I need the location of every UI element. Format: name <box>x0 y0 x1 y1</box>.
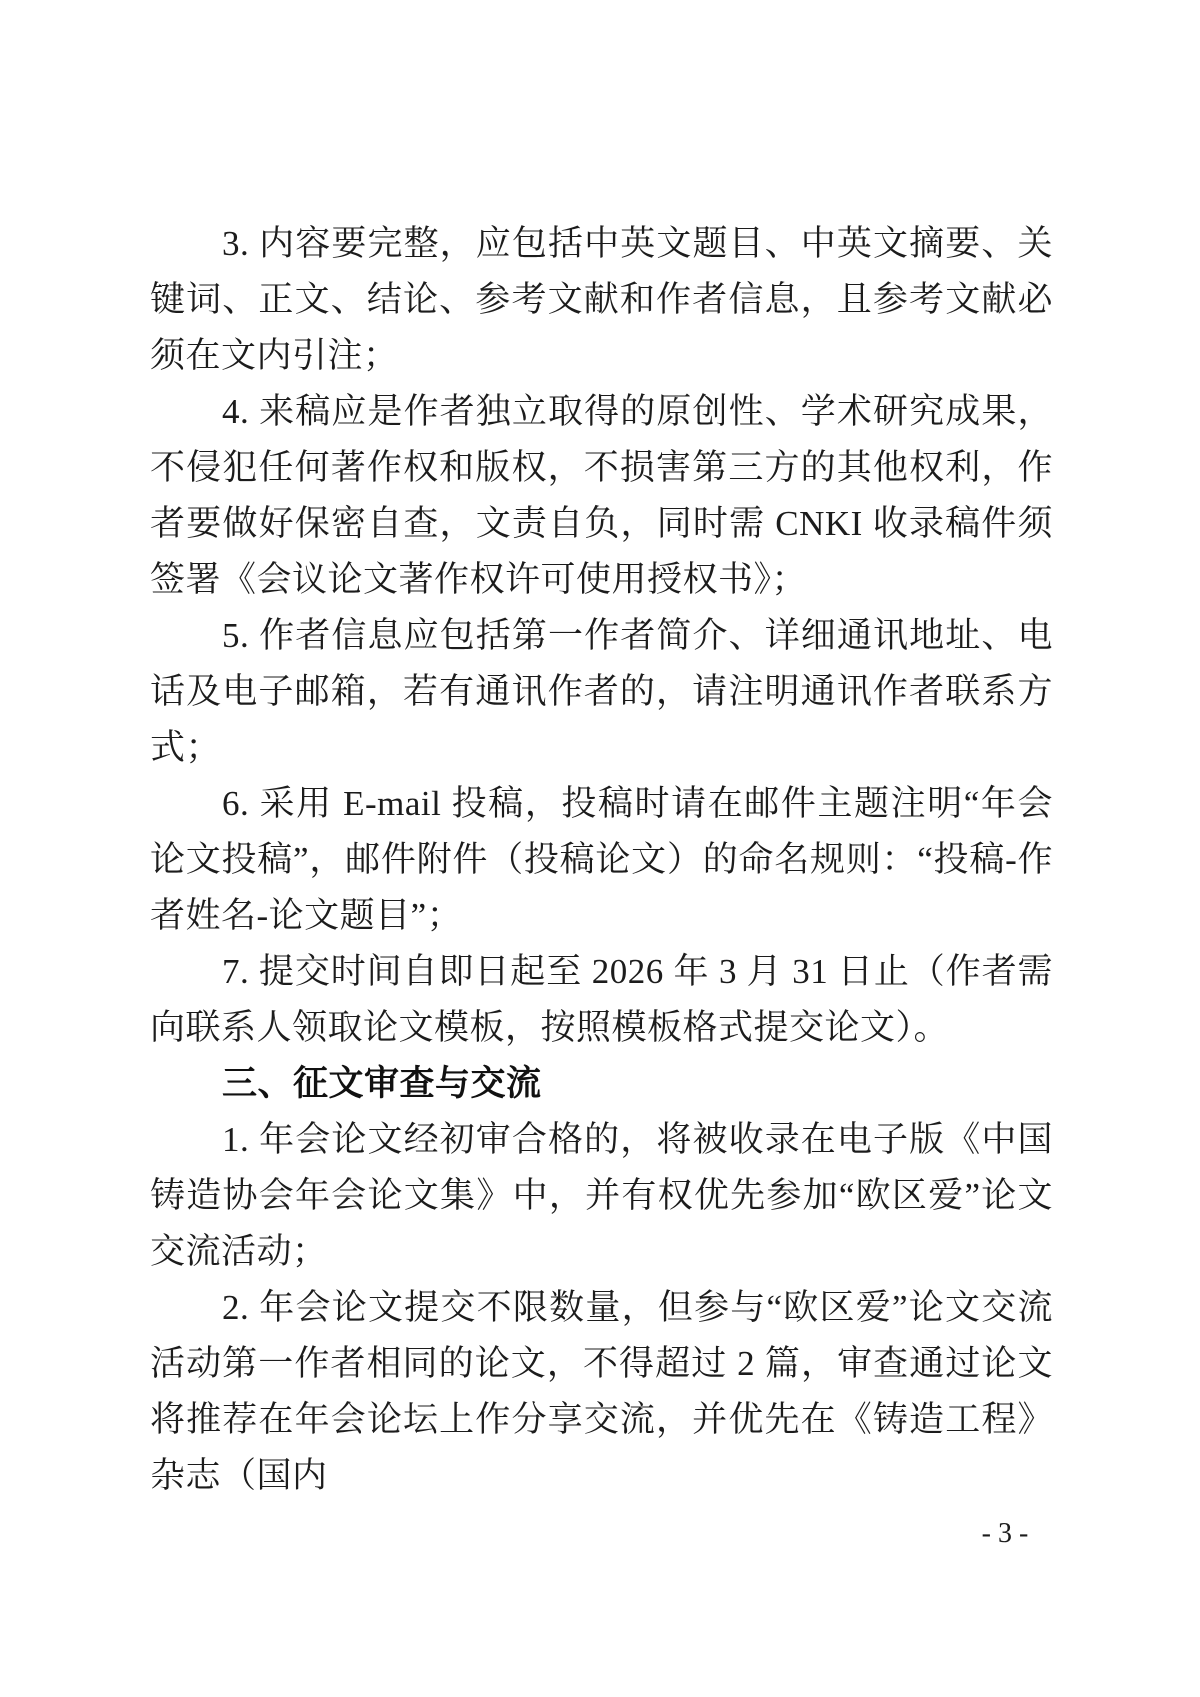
document-body-text: 3. 内容要完整，应包括中英文题目、中英文摘要、关键词、正文、结论、参考文献和作… <box>150 216 1053 1504</box>
document-page: 3. 内容要完整，应包括中英文题目、中英文摘要、关键词、正文、结论、参考文献和作… <box>0 0 1200 1697</box>
para-rule-4: 4. 来稿应是作者独立取得的原创性、学术研究成果，不侵犯任何著作权和版权，不损害… <box>150 384 1053 608</box>
section-heading-review-and-exchange: 三、征文审查与交流 <box>150 1056 1053 1112</box>
para-rule-7: 7. 提交时间自即日起至 2026 年 3 月 31 日止（作者需向联系人领取论… <box>150 944 1053 1056</box>
para-section3-item-2: 2. 年会论文提交不限数量，但参与“欧区爱”论文交流活动第一作者相同的论文，不得… <box>150 1280 1053 1504</box>
para-section3-item-1: 1. 年会论文经初审合格的，将被收录在电子版《中国铸造协会年会论文集》中，并有权… <box>150 1112 1053 1280</box>
para-rule-6: 6. 采用 E-mail 投稿，投稿时请在邮件主题注明“年会论文投稿”，邮件附件… <box>150 776 1053 944</box>
page-number: - 3 - <box>930 1514 1080 1554</box>
para-rule-5: 5. 作者信息应包括第一作者简介、详细通讯地址、电话及电子邮箱，若有通讯作者的，… <box>150 608 1053 776</box>
para-rule-3: 3. 内容要完整，应包括中英文题目、中英文摘要、关键词、正文、结论、参考文献和作… <box>150 216 1053 384</box>
